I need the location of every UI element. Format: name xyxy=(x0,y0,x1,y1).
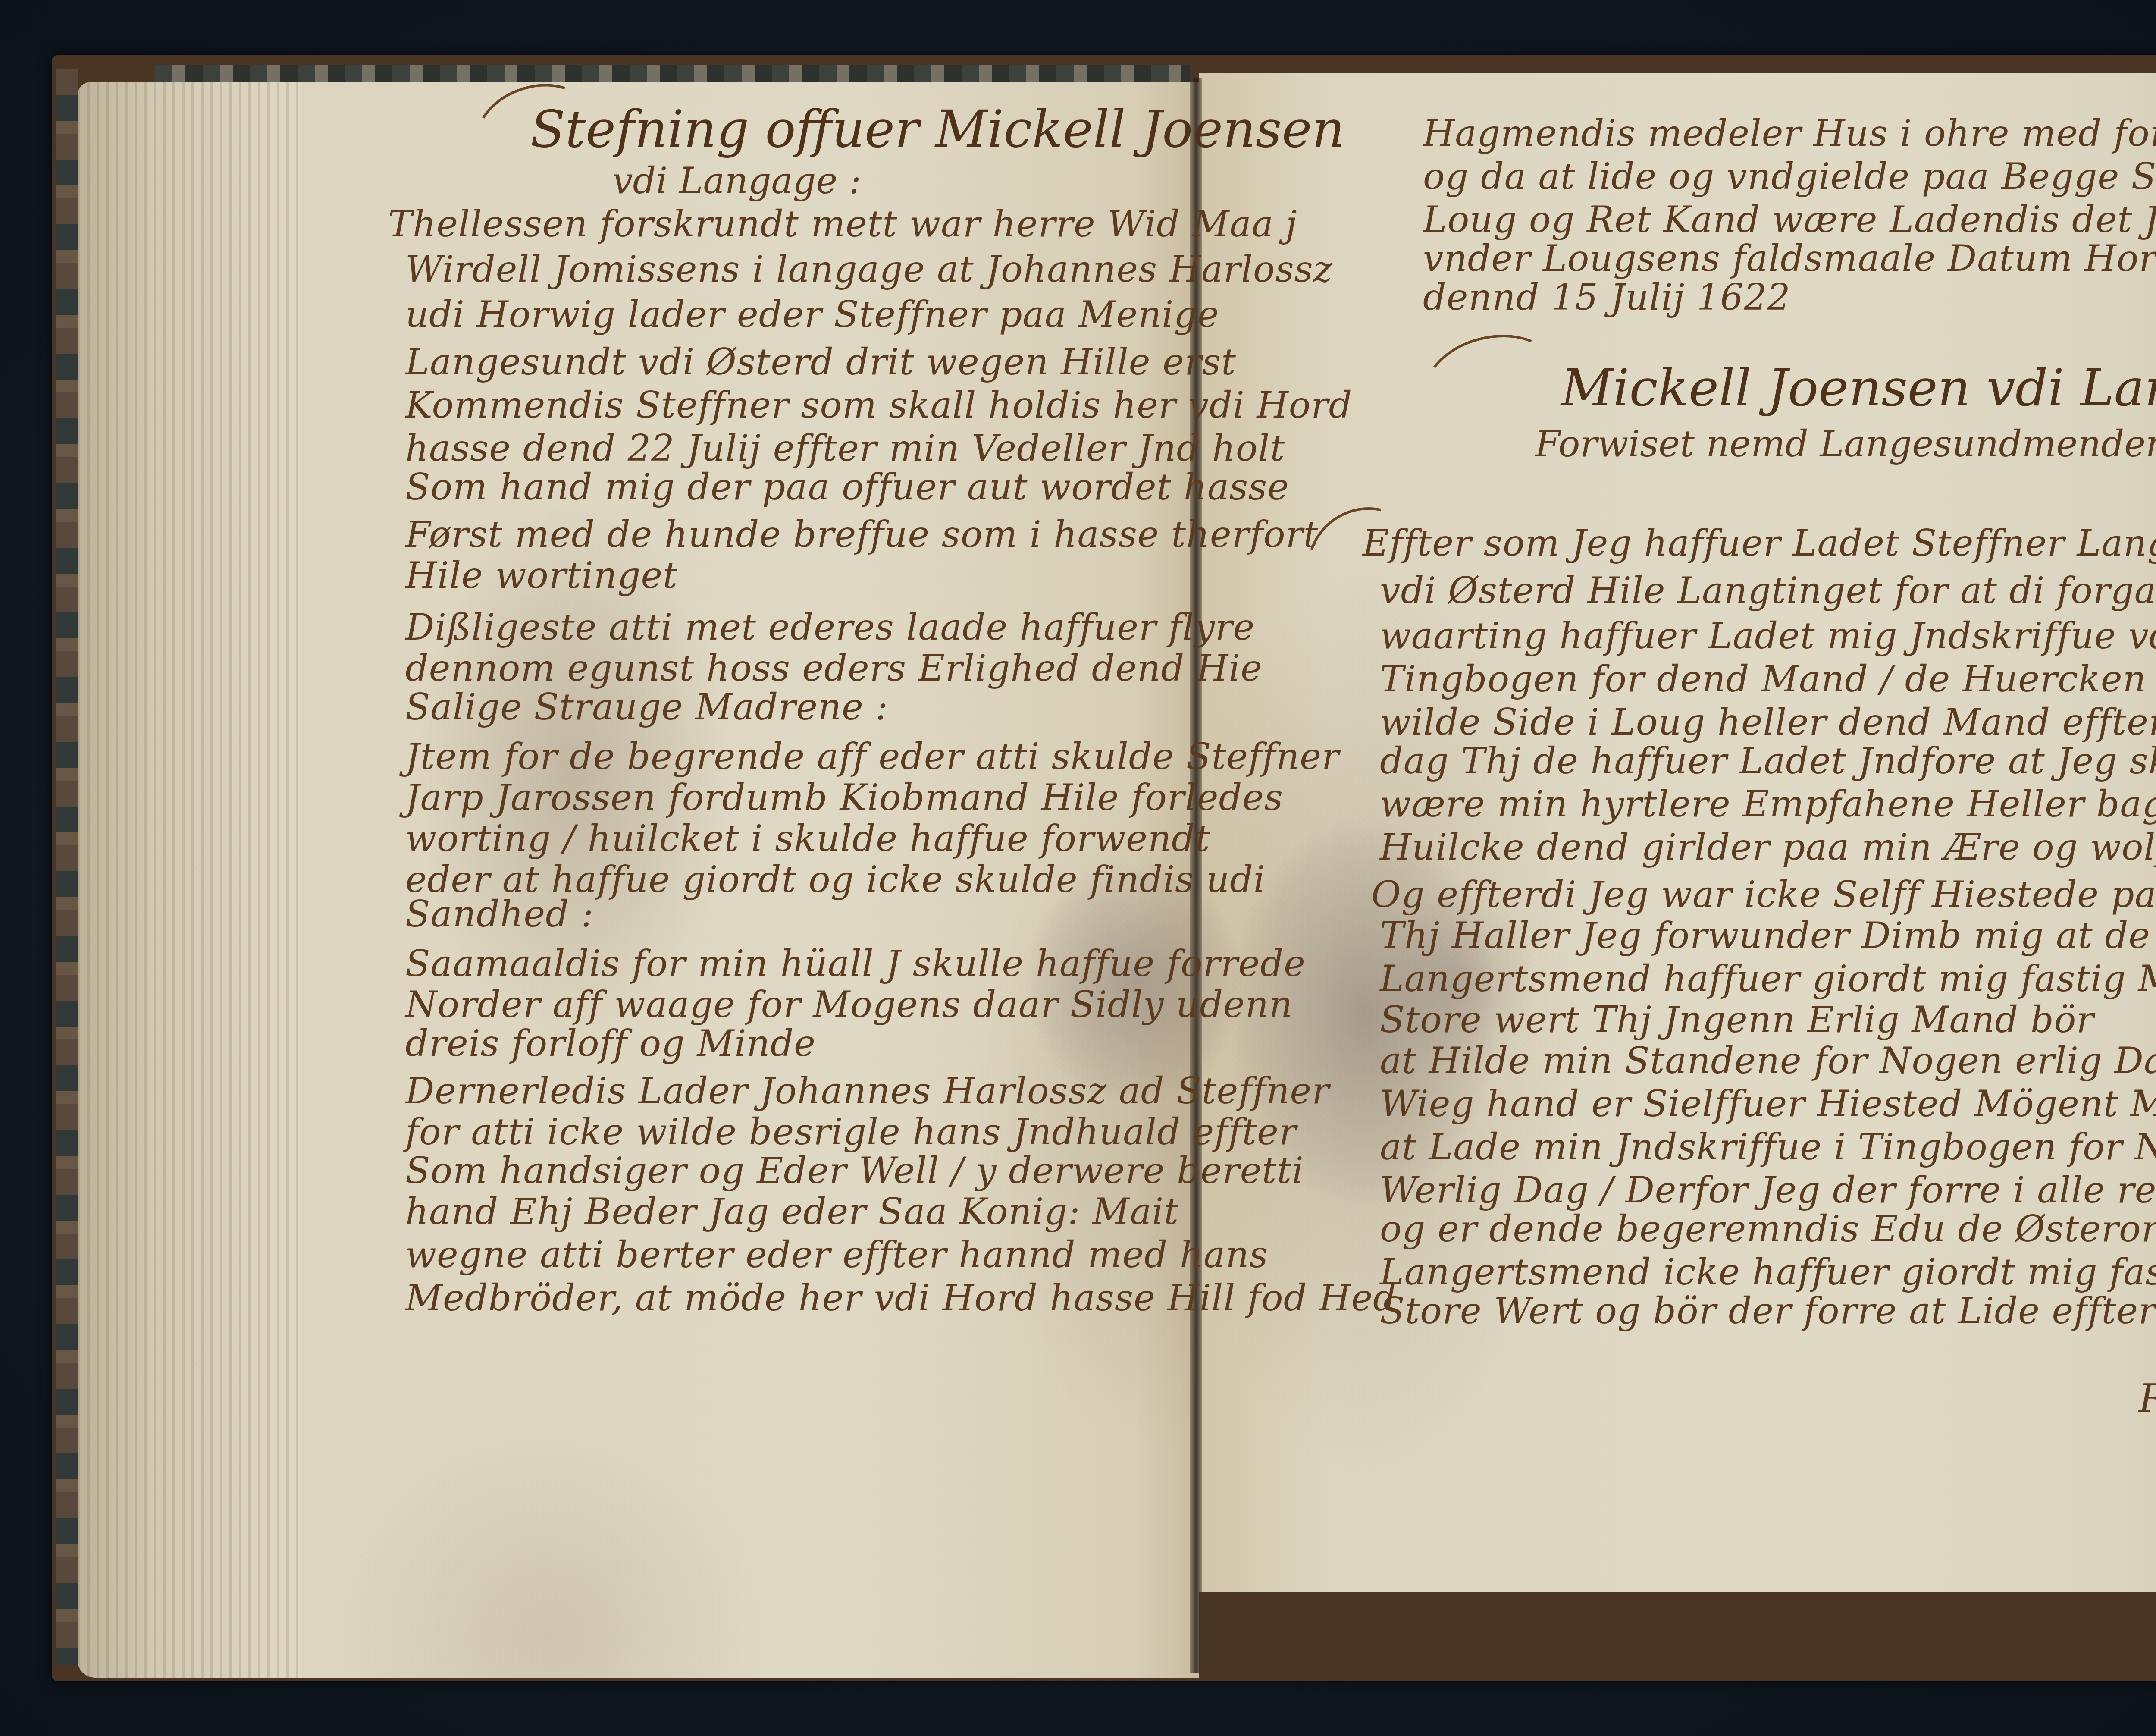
manuscript-line: Effter som Jeg haffuer Ladet Steffner La… xyxy=(1363,522,2156,564)
marbled-cover-edge-left xyxy=(56,69,78,1665)
manuscript-line: udi Horwig lader eder Steffner paa Menig… xyxy=(405,293,1219,336)
catchword: R xyxy=(2139,1376,2156,1421)
manuscript-line: Salige Strauge Madrene : xyxy=(405,686,888,728)
manuscript-line: Jarp Jarossen fordumb Kiobmand Hile forl… xyxy=(405,776,1283,819)
manuscript-line: Hile wortinget xyxy=(405,554,678,596)
manuscript-line: Dißligeste atti met ederes laade haffuer… xyxy=(405,606,1255,648)
manuscript-line: Tingbogen for dend Mand / de Huercken xyxy=(1380,658,2147,700)
manuscript-line: Loug og Ret Kand wære Ladendis det Jngen… xyxy=(1423,198,2156,241)
manuscript-line: waarting haffuer Ladet mig Jndskriffue v… xyxy=(1380,615,2156,657)
manuscript-line: wegne atti berter eder effter hannd med … xyxy=(405,1234,1268,1276)
manuscript-line: at Hilde min Standene for Nogen erlig Da… xyxy=(1380,1039,2156,1082)
manuscript-line: Sandhed : xyxy=(405,893,594,935)
right-page-body: Effter som Jeg haffuer Ladet Steffner La… xyxy=(1363,522,2156,1363)
manuscript-line: dennom egunst hoss eders Erlighed dend H… xyxy=(405,647,1263,689)
manuscript-line: Saamaaldis for min hüall J skulle haffue… xyxy=(405,942,1306,985)
right-page-opening: Hagmendis medeler Hus i ohre med forswar… xyxy=(1423,112,2156,328)
right-page-heading: Mickell Joensen vdi Langages xyxy=(1561,358,2156,418)
manuscript-line: Thellessen forskrundt mett war herre Wid… xyxy=(388,203,1297,245)
manuscript-line: worting / huilcket i skulde haffue forwe… xyxy=(405,817,1210,860)
manuscript-line: Først med de hunde breffue som i hasse t… xyxy=(405,513,1319,556)
manuscript-line: og er dende begeremndis Edu de Østerords xyxy=(1380,1208,2156,1250)
manuscript-line: wilde Side i Loug heller dend Mand effte… xyxy=(1380,701,2156,743)
manuscript-line: vdi Østerd Hile Langtinget for at di for… xyxy=(1380,569,2156,612)
manuscript-line: Store Wert og bör der forre at Lide efft… xyxy=(1380,1290,2156,1332)
manuscript-line: hand Ehj Beder Jag eder Saa Konig: Mait xyxy=(405,1190,1179,1233)
manuscript-line: dag Thj de haffuer Ladet Jndfore at Jeg … xyxy=(1380,740,2156,782)
manuscript-line: Werlig Dag / Derfor Jeg der forre i alle… xyxy=(1380,1169,2156,1211)
left-page-body: Thellessen forskrundt mett war herre Wid… xyxy=(388,203,1173,1367)
manuscript-line: Dernerledis Lader Johannes Harlossz ad S… xyxy=(405,1070,1329,1112)
manuscript-line: Og effterdi Jeg war icke Selff Hiestede … xyxy=(1371,873,2156,916)
manuscript-line: Som handsiger og Eder Well / y derwere b… xyxy=(405,1149,1304,1192)
manuscript-line: Medbröder, at möde her vdi Hord hasse Hi… xyxy=(405,1277,1397,1319)
manuscript-line: for atti icke wilde besrigle hans Jndhua… xyxy=(405,1111,1297,1153)
manuscript-line: Som hand mig der paa offuer aut wordet h… xyxy=(405,466,1289,508)
manuscript-line: dennd 15 Julij 1622 xyxy=(1423,276,1791,318)
manuscript-line: wære min hyrtlere Empfahene Heller bagwa… xyxy=(1380,783,2156,825)
left-fore-edge xyxy=(78,82,302,1678)
left-page-subheading: vdi Langage : xyxy=(612,160,861,202)
manuscript-line: Wieg hand er Sielffuer Hiested Mögent Mä… xyxy=(1380,1083,2156,1125)
manuscript-line: Langesundt vdi Østerd drit wegen Hille e… xyxy=(405,341,1236,383)
manuscript-line: at Lade min Jndskriffue i Tingbogen for … xyxy=(1380,1126,2156,1168)
manuscript-line: dreis forloff og Minde xyxy=(405,1022,816,1064)
manuscript-line: Langertsmend icke haffuer giordt mig fas… xyxy=(1380,1251,2156,1293)
manuscript-line: Jtem for de begrende aff eder atti skuld… xyxy=(405,735,1339,778)
manuscript-line: hasse dend 22 Julij effter min Vedeller … xyxy=(405,427,1285,469)
manuscript-line: vnder Lougsens faldsmaale Datum Hordhass xyxy=(1423,237,2156,279)
manuscript-line: Norder aff waage for Mogens daar Sidly u… xyxy=(405,983,1293,1026)
manuscript-line: Store wert Thj Jngenn Erlig Mand bör xyxy=(1380,998,2094,1041)
left-page-heading: Stefning offuer Mickell Joensen xyxy=(530,99,1344,159)
manuscript-line: Langertsmend haffuer giordt mig fastig M… xyxy=(1380,957,2156,1000)
manuscript-line: Wirdell Jomissens i langage at Johannes … xyxy=(405,248,1333,290)
manuscript-line: Huilcke dend girlder paa min Ære og wolf… xyxy=(1380,826,2156,868)
manuscript-line: Kommendis Steffner som skall holdis her … xyxy=(405,384,1352,426)
manuscript-line: Thj Haller Jeg forwunder Dimb mig at de … xyxy=(1380,914,2156,957)
right-page-subheading: Forwiset nemd Langesundmendene aff Østre… xyxy=(1535,423,2156,465)
manuscript-line: og da at lide og vndgielde paa Begge Sid… xyxy=(1423,155,2156,198)
manuscript-line: Hagmendis medeler Hus i ohre med forswar… xyxy=(1423,112,2156,154)
